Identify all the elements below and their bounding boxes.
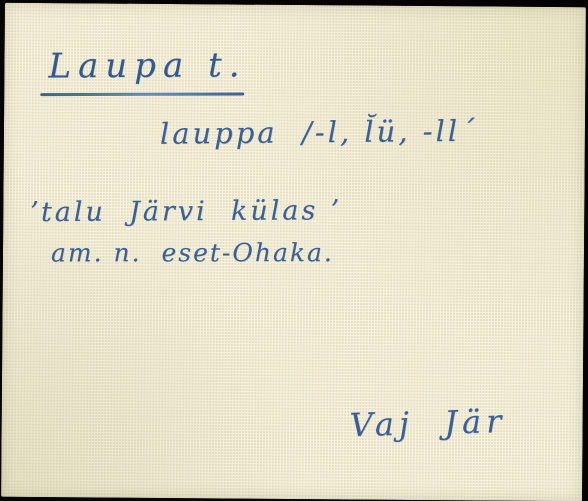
index-card: Laupa t. lauppa /-l, l̆ü, -ll´ ʼtalu Jär… (1, 3, 586, 501)
scanned-card-frame: Laupa t. lauppa /-l, l̆ü, -ll´ ʼtalu Jär… (0, 0, 588, 501)
card-headword: Laupa t. (48, 45, 246, 86)
headword-underline-stroke (40, 93, 244, 97)
location-note-line: ʼtalu Järvi külas ʼ (29, 195, 341, 228)
official-name-line: am. n. eset-Ohaka. (51, 238, 334, 267)
parish-signature: Vaj Jär (349, 402, 507, 444)
pronunciation-line: lauppa /-l, l̆ü, -ll´ (160, 114, 478, 151)
